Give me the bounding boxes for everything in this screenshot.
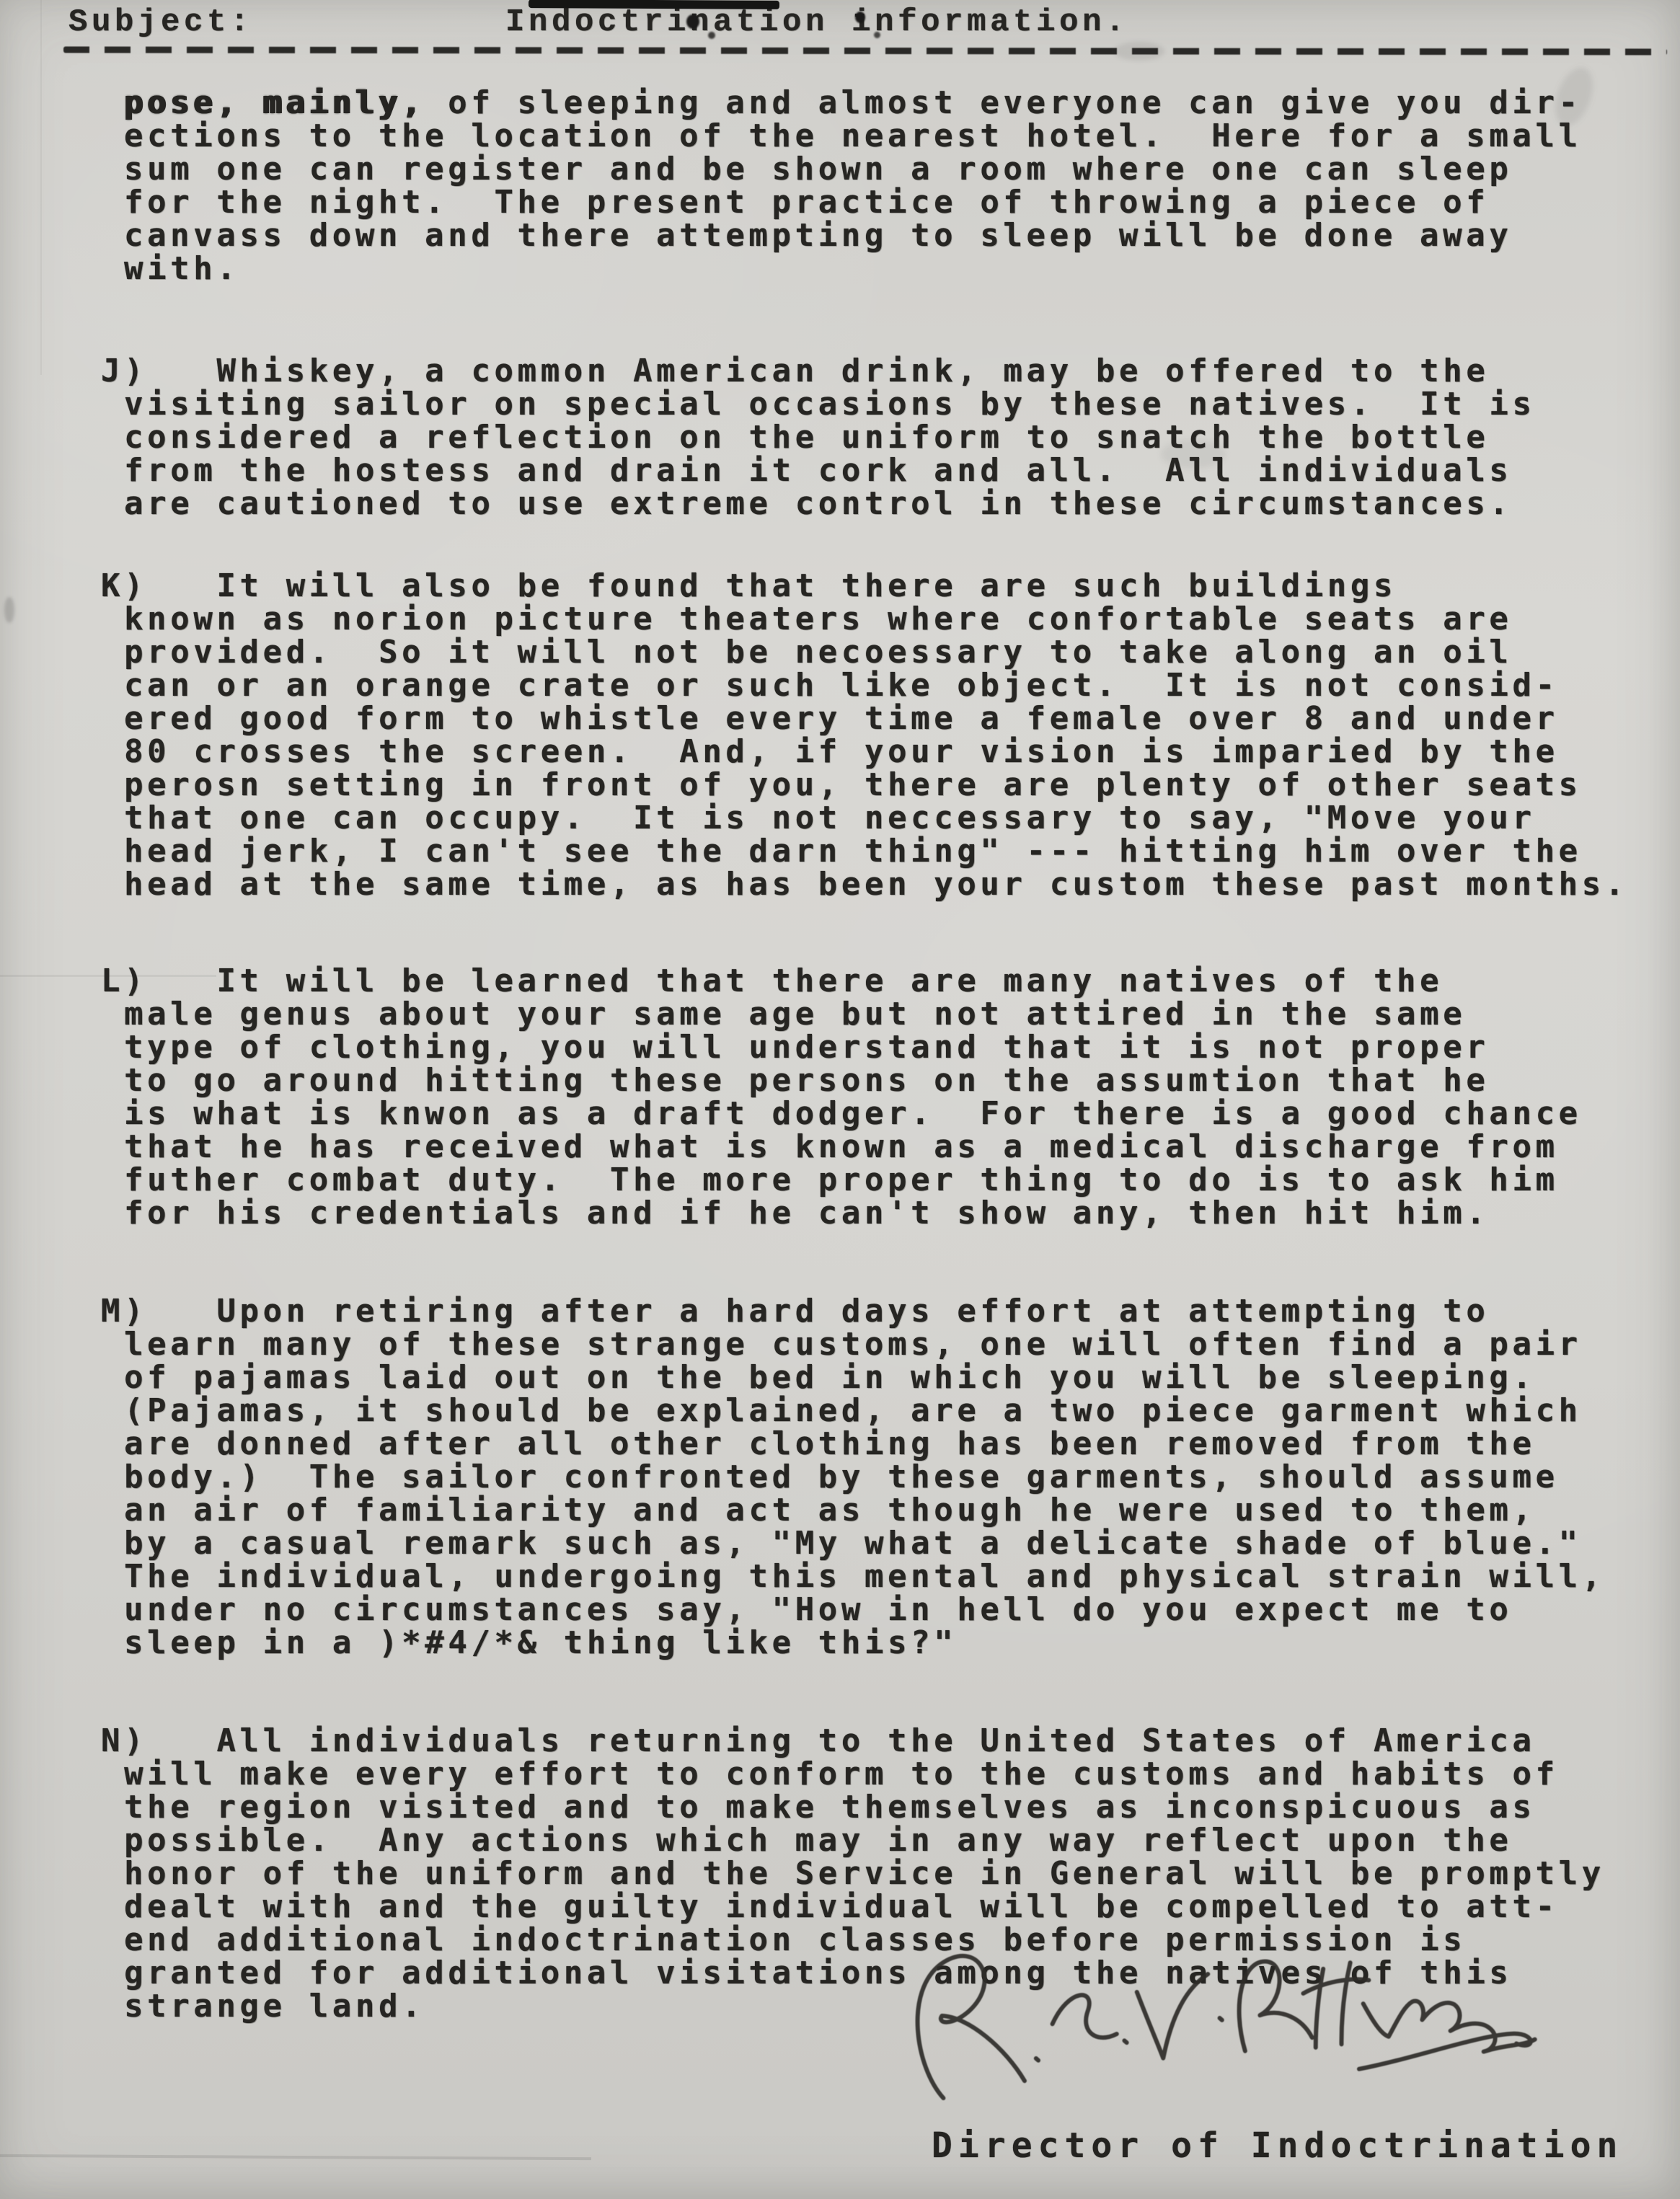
signature-title: Director of Indoctrination — [932, 2125, 1623, 2166]
paper-edge-bottom — [0, 2154, 591, 2160]
crease-horizontal — [0, 975, 216, 977]
signature — [874, 1890, 1544, 2114]
scanned-memo-page: Subject: Indoctrination information. pos… — [0, 0, 1680, 2199]
paragraph-j: J) Whiskey, a common American drink, may… — [101, 355, 1536, 521]
paragraph-l: L) It will be learned that there are man… — [101, 965, 1582, 1230]
stain — [1161, 440, 1226, 469]
ink-spot — [874, 32, 880, 38]
ink-spot — [686, 14, 699, 29]
ink-spot — [708, 32, 715, 39]
subject-label: Subject: — [68, 6, 505, 39]
dashed-divider — [63, 46, 1667, 55]
paragraph-k: K) It will also be found that there are … — [101, 570, 1628, 901]
overstruck-words: pose, mainly, — [124, 84, 425, 121]
subject-value: Indoctrination information. — [505, 6, 1128, 39]
subject-line: Subject: Indoctrination information. — [68, 6, 1128, 39]
paragraph-intro: pose, mainly, of sleeping and almost eve… — [124, 87, 1582, 286]
paragraph-m: M) Upon retiring after a hard days effor… — [101, 1295, 1605, 1660]
crease-vertical — [40, 0, 42, 375]
scan-artifact-top-bar — [529, 0, 779, 9]
ink-spot — [855, 12, 865, 23]
margin-mark — [4, 597, 14, 623]
stain — [1114, 42, 1164, 61]
